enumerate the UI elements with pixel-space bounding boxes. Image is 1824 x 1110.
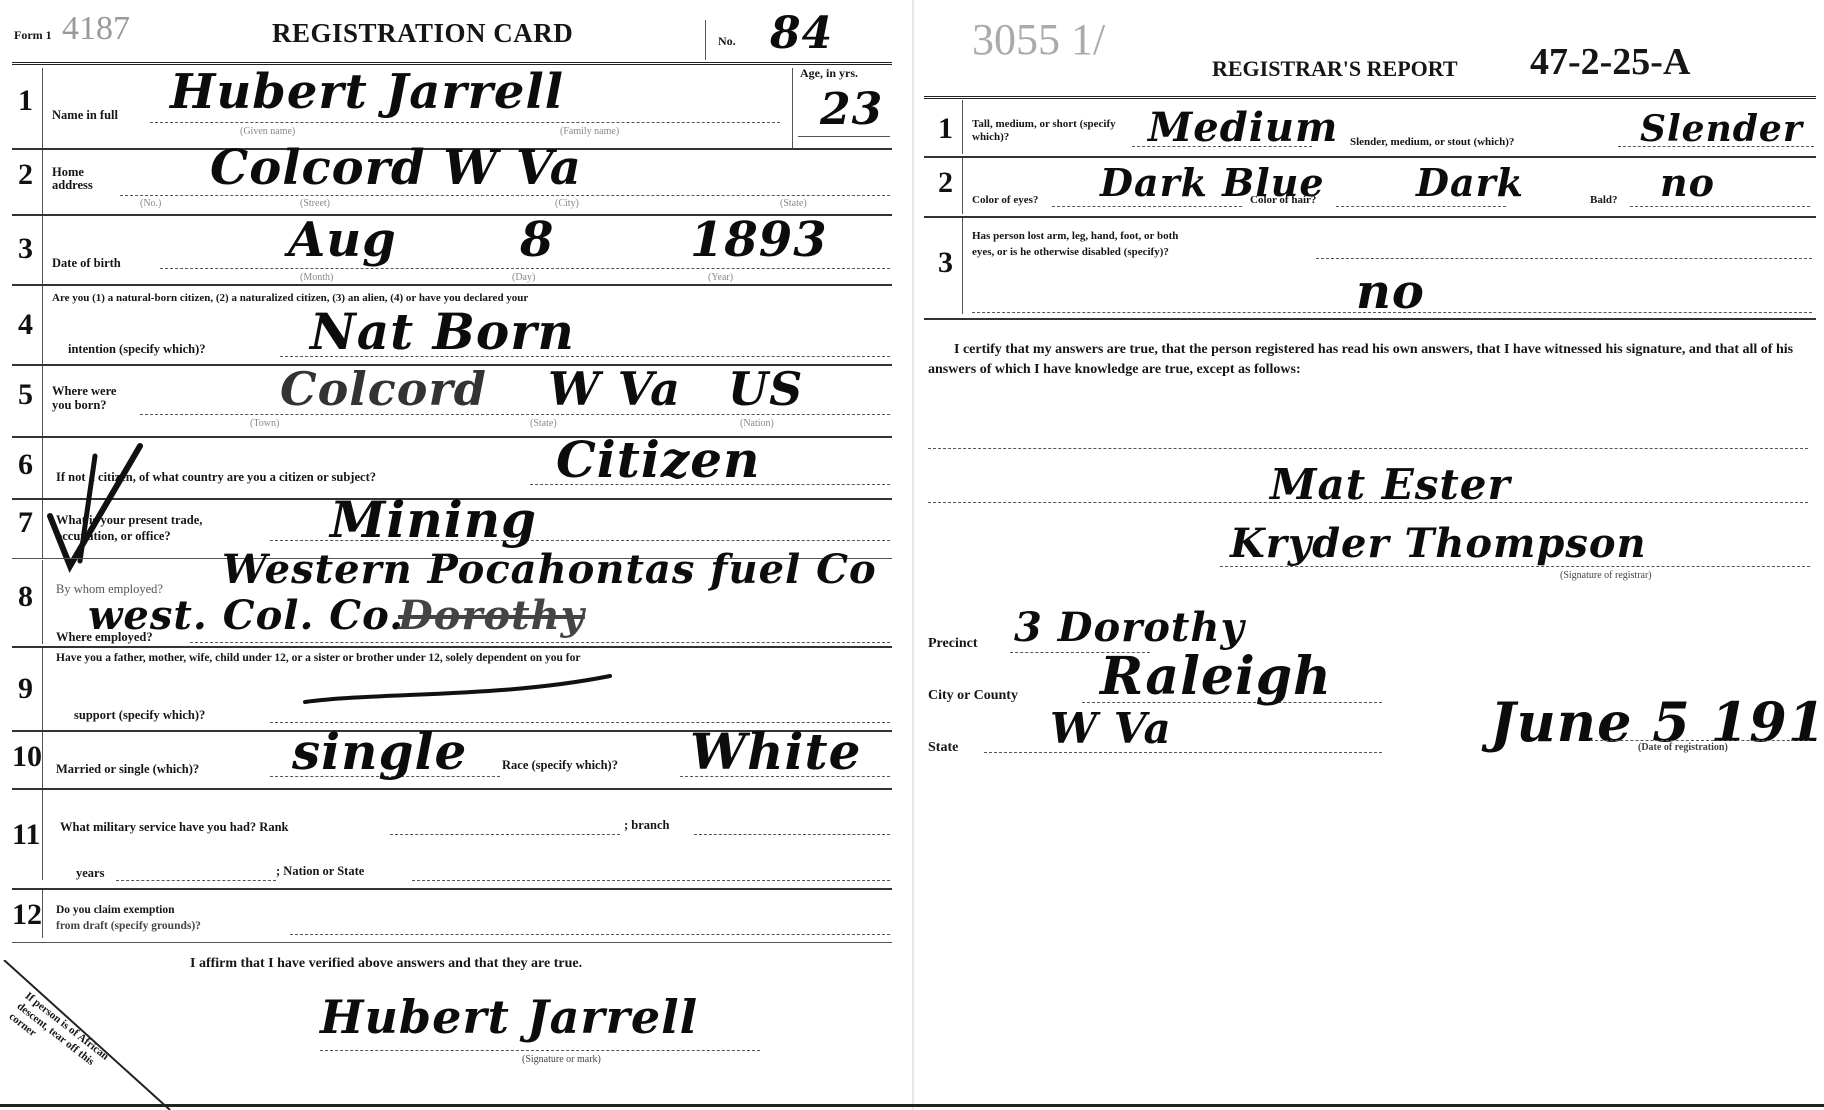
form-stamp-number: 4187 [62,10,130,48]
form-label: Form 1 [14,28,52,43]
home-address-label: Home address [52,166,112,192]
name-label: Name in full [52,108,118,123]
military-service-label: What military service have you had? Rank [60,820,288,835]
registrant-signature-caption: (Signature or mark) [522,1054,601,1065]
draft-registration-card: Form 1 4187 REGISTRATION CARD No. 84 1 N… [0,0,1824,1110]
report-title: REGISTRAR'S REPORT [1212,56,1458,82]
serial-no-label: No. [718,34,736,49]
disability-label-line2: eyes, or is he otherwise disabled (speci… [972,246,1169,258]
row-number: 1 [18,84,33,118]
registrant-signature: Hubert Jarrell [320,990,698,1044]
height-label: Tall, medium, or short (specify which)? [972,118,1122,144]
precinct-label: Precinct [928,636,978,652]
state-label: State [928,740,958,756]
date-of-birth-label: Date of birth [52,256,121,271]
foreign-citizenship-value: Citizen [556,430,760,489]
birth-day-value: 8 [520,212,554,268]
home-address-value: Colcord W Va [210,140,582,196]
birth-year-value: 1893 [690,212,828,268]
birthplace-label: Where were you born? [52,384,132,412]
registrar-signature-caption: (Signature of registrar) [1560,570,1652,581]
registrar-signature-1: Mat Ester [1270,460,1511,509]
county-label: City or County [928,688,1018,704]
report-code: 47-2-25-A [1530,40,1690,84]
build-value: Slender [1640,108,1803,150]
work-location-struck: Dorothy [398,592,585,639]
eye-color-label: Color of eyes? [972,194,1038,206]
dependents-label: support (specify which)? [74,708,205,723]
citizenship-value: Nat Born [310,302,575,361]
birth-town-value: Colcord [280,362,487,416]
hair-color-value: Dark [1416,160,1524,205]
build-label: Slender, medium, or stout (which)? [1350,136,1514,148]
hair-color-label: Color of hair? [1250,194,1316,206]
birth-month-value: Aug [288,212,397,268]
age-label: Age, in yrs. [800,66,858,81]
military-branch-label: ; branch [624,818,670,833]
exemption-grounds-label: from draft (specify grounds)? [56,920,201,932]
precinct-value: 3 Dorothy [1014,604,1245,651]
military-years-label: years [76,866,104,881]
report-stamp: 3055 1/ [972,14,1105,65]
military-nation-label: ; Nation or State [276,864,364,879]
state-value: W Va [1050,704,1172,753]
occupation-value: Mining [330,490,537,549]
work-location-label: Where employed? [56,630,153,645]
bald-label: Bald? [1590,194,1618,206]
card-divider [912,0,914,1110]
race-value: White [690,722,861,781]
race-label: Race (specify which)? [502,758,618,773]
age-value: 23 [820,84,883,135]
birth-nation-value: US [728,362,803,416]
marital-status-value: single [292,722,467,781]
serial-no-value: 84 [770,8,833,59]
citizenship-label: intention (specify which)? [68,342,206,357]
card-title: REGISTRATION CARD [272,18,573,49]
marital-status-label: Married or single (which)? [56,762,199,777]
registrar-signature-2: Kryder Thompson [1230,520,1647,567]
bald-value: no [1660,160,1715,205]
affirmation-text: I affirm that I have verified above answ… [190,956,582,972]
dependents-question: Have you a father, mother, wife, child u… [56,652,580,664]
county-value: Raleigh [1100,646,1332,707]
exemption-label: Do you claim exemption [56,904,175,916]
dash-stroke [300,670,620,710]
employer-value: Western Pocahontas fuel Co [222,546,877,593]
registration-date-caption: (Date of registration) [1638,742,1728,753]
registrar-certification: I certify that my answers are true, that… [928,340,1808,380]
disability-label: Has person lost arm, leg, hand, foot, or… [972,230,1178,242]
birth-state-value: W Va [548,362,681,416]
check-mark-icon [40,436,160,576]
full-name-value: Hubert Jarrell [170,64,564,120]
height-value: Medium [1148,104,1338,151]
